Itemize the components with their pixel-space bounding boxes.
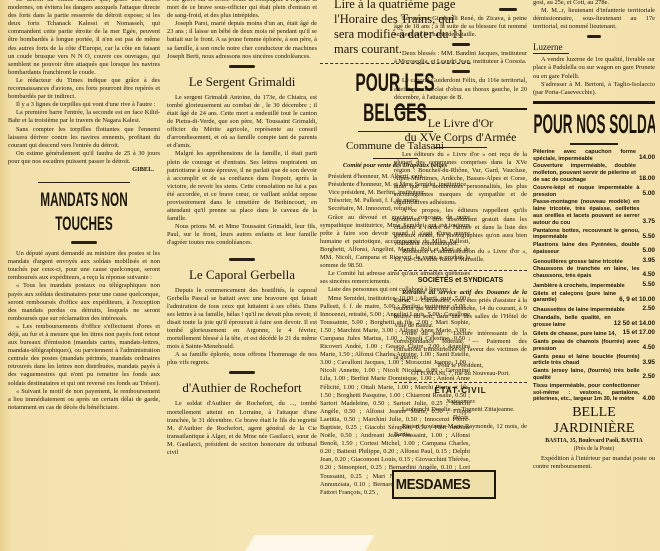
grimaldi-paragraph: Malgré les appréhensions de la famille, … — [167, 150, 317, 223]
product-item: Chaussons de tranchée en laine, les chau… — [533, 266, 655, 280]
product-item: Tissu imperméable, pour confectionner so… — [533, 383, 655, 403]
product-price: 12 50 et 14.00 — [611, 320, 655, 329]
deces-label: Décès — [394, 414, 527, 422]
product-name: Gants peau de chamois (fourrés) avec pre… — [533, 339, 640, 353]
column-5: gosi, au 25e, et Coti, au 278e. M. M...r… — [533, 0, 655, 472]
torpedo-lines-paragraph: Il y a 3 lignes de torpilles qui vont d'… — [8, 101, 160, 109]
livre-paragraph: A ce propos, les éditeurs rappellent qu'… — [394, 207, 527, 247]
product-price: 5.00 — [640, 190, 655, 199]
product-item: Jambière à crochets, imperméable5.50 — [533, 281, 655, 290]
deces-text: Rinieri Louisette-Marie Raymonde, 12 moi… — [394, 423, 527, 439]
mesdames-text: MESDAMES — [394, 476, 470, 493]
estimate-paragraph: On estime généralement qu'il faudra de 2… — [8, 150, 160, 166]
luzerne-contact: S'adresser à M. Bertoni, à Taglio-Isolac… — [533, 81, 655, 97]
product-price: 5.00 — [640, 247, 655, 256]
product-price: 3.95 — [640, 257, 655, 266]
section-rule — [570, 143, 619, 145]
gerbella-paragraph: A sa famille éplorée, nous offrons l'hom… — [167, 351, 317, 367]
mandats-paragraph: « Les remboursements d'office s'effectue… — [8, 323, 160, 388]
times-paragraph: Le rédacteur du Times indique que grâce … — [8, 77, 160, 101]
gerbella-paragraph: Depuis le commencement des hostilités, l… — [167, 287, 317, 352]
ornament-divider — [229, 65, 255, 68]
product-price: 2.50 — [640, 305, 655, 314]
societes-heading: SOCIÉTÉS et SYNDICATS — [394, 277, 527, 285]
grimaldi-paragraph: Nous prions M. et Mme Toussaint Grimaldi… — [167, 223, 317, 247]
naissances-label: Naissances — [394, 398, 527, 406]
promotion-text: M. M...r, lieutenant d'infanterie territ… — [533, 7, 655, 31]
product-item: Pantalons bottes, recouvrant le genou, i… — [533, 228, 655, 242]
store-address: BASTIA, 35, Boulevard Paoli, BASTIA — [533, 437, 655, 445]
authier-heading: d'Authier de Rochefort — [167, 380, 317, 396]
product-price: 3.95 — [640, 359, 655, 368]
product-name: Pantalons bottes, recouvrant le genou, i… — [533, 228, 640, 242]
product-item: Couvre-képi et nuque imperméable à press… — [533, 185, 655, 199]
authier-paragraph: Le soldat d'Authier de Rochefort, du ...… — [167, 400, 317, 457]
column-2: a été gravé sur la croix. Toute la compa… — [167, 0, 317, 457]
product-name: Genouillères grosse laine tricotée — [533, 259, 640, 266]
product-name: Tissu imperméable, pour confectionner so… — [533, 383, 640, 403]
product-price: 2.50 — [640, 373, 655, 382]
douanes-text: — Camarades, vous êtes priés d'assister … — [394, 297, 527, 328]
livre-heading-2: du XVe Corps d'Armée — [394, 130, 527, 144]
ornament-divider — [452, 70, 470, 73]
top-text: gosi, au 25e, et Coti, au 278e. — [533, 0, 655, 7]
product-name: Chaussons de tranchée en laine, les chau… — [533, 266, 640, 280]
gerbella-heading: Le Caporal Gerbella — [167, 267, 317, 283]
product-item: Chaussettes de laine imperméable2.50 — [533, 305, 655, 314]
ornament-divider — [71, 241, 97, 244]
ornament-divider — [229, 371, 255, 374]
product-price: 6, 9 et 10.00 — [616, 296, 655, 305]
mesdames-advertisement: MESDAMES — [392, 470, 496, 499]
store-shipping: Expédition à l'intérieur par mandat post… — [533, 455, 655, 471]
product-price: 4.00 — [640, 395, 655, 404]
product-price: 18.00 — [636, 175, 655, 184]
product-list: Pèlerine avec capuchon forme spéciale, i… — [533, 149, 655, 403]
product-name: Gilets de chasse, pure laine 14, — [533, 331, 620, 338]
mandats-heading: MANDATS NON TOUCHES — [37, 189, 131, 237]
product-item: Passe-montagne (nouveau modèle) en laine… — [533, 199, 655, 226]
livre-paragraph: Les éditeurs du « Livre d'or » ont reçu … — [394, 151, 527, 208]
section-rule — [533, 101, 655, 104]
section-rule — [394, 270, 527, 271]
section-rule — [394, 382, 527, 383]
product-name: Passe-montagne (nouveau modèle) en laine… — [533, 199, 640, 226]
ordre-du-jour: Ordre du jour : Lecture intéressante de … — [394, 330, 527, 362]
column-1: Le détroit du Mame montre que, grâce aux… — [8, 0, 160, 412]
livre-heading-1: Le Livre d'Or — [394, 116, 527, 130]
etat-civil-heading: ETAT-CIVIL — [394, 387, 527, 395]
product-item: Gants peau et laine bouclée (fourrés) ar… — [533, 354, 655, 368]
product-price: 3.75 — [640, 218, 655, 227]
product-price: 4.50 — [640, 271, 655, 280]
product-item: Gants jersey laine, (fourrés) très belle… — [533, 368, 655, 382]
ornament-divider — [587, 35, 601, 38]
product-item: Plastrons laine des Pyrénées, double épa… — [533, 242, 655, 256]
wounded-item: Le sergent Giudicelli René, de Zicava, à… — [394, 15, 527, 39]
product-name: Gants jersey laine, (fourrés) très belle… — [533, 368, 640, 382]
product-item: Gilets et caleçons (pure laine garantie)… — [533, 291, 655, 305]
product-item: Pèlerine avec capuchon forme spéciale, i… — [533, 149, 655, 163]
product-name: Jambière à crochets, imperméable — [533, 283, 640, 290]
product-price: 5.50 — [640, 281, 655, 290]
product-name: Chaussettes de laine imperméable — [533, 307, 640, 314]
product-name: Couverture imperméable, doublée molleton… — [533, 163, 636, 183]
livre-paragraph: Rédaction et administration du « Livre d… — [394, 248, 527, 264]
barriers-paragraph: La première barre l'entrée, la seconde e… — [8, 109, 160, 125]
ornament-divider — [229, 258, 255, 261]
store-name: BELLE JARDINIÈRE — [533, 405, 655, 437]
column-4: Le sergent Giudicelli René, de Zicava, à… — [394, 4, 527, 439]
newspaper-page: Le détroit du Mame montre que, grâce aux… — [0, 0, 660, 551]
section-rule — [38, 182, 129, 183]
store-note: (Près de la Poste) — [533, 445, 655, 453]
product-item: Chandails, belle qualité, en grosse lain… — [533, 315, 655, 329]
product-item: Gilets de chasse, pure laine 14,15 et 17… — [533, 329, 655, 338]
intro-paragraph: a été gravé sur la croix. Toute la compa… — [167, 0, 317, 20]
product-price: 4.50 — [640, 344, 655, 353]
product-price: 15 et 17.00 — [620, 329, 655, 338]
luzerne-heading: Luzerne — [533, 42, 569, 54]
product-name: Gilets et caleçons (pure laine garantie) — [533, 291, 616, 305]
product-item: Couverture imperméable, doublée molleton… — [533, 163, 655, 183]
product-price: 14.00 — [636, 154, 655, 163]
naissances-text: Lacfranchi Doralie. — Tognetti Zittajean… — [394, 406, 527, 414]
mandats-paragraph: Un député ayant demandé au ministre des … — [8, 250, 160, 282]
section-rule — [394, 108, 527, 110]
grimaldi-paragraph: Le sergent Grimaldi Antoine, du 173e, de… — [167, 94, 317, 151]
floating-torpedoes-paragraph: Sans compter les torpilles flottantes qu… — [8, 126, 160, 150]
mandats-paragraph: « Tous les mandats postaux ou télégraphi… — [8, 282, 160, 322]
section-rule — [434, 147, 487, 148]
grimaldi-heading: Le Sergent Grimaldi — [167, 74, 317, 90]
president-line: Pour le Président, — [394, 362, 527, 370]
product-name: Couvre-képi et nuque imperméable à press… — [533, 185, 640, 199]
product-name: Chandails, belle qualité, en grosse lain… — [533, 315, 611, 329]
president-name: OTTOMANI, 7, rue du Nouveau-Port. — [394, 370, 527, 378]
product-price: 5.50 — [640, 233, 655, 242]
product-name: Plastrons laine des Pyrénées, double épa… — [533, 242, 640, 256]
dardanelles-paragraph: Le détroit du Mame montre que, grâce aux… — [8, 0, 160, 77]
product-item: Genouillères grosse laine tricotée3.95 — [533, 257, 655, 266]
wounded-item: Le caporal Guiderdoni Félix, du 116e ter… — [394, 77, 527, 101]
intro-paragraph: Joseph Parsi, marié depuis moins d'un an… — [167, 20, 317, 60]
torn-edge — [245, 535, 374, 551]
product-name: Gants peau et laine bouclée (fourrés) ar… — [533, 354, 640, 368]
luzerne-text: A vendre luzerne de 1re qualité, livrabl… — [533, 56, 655, 80]
wounded-item: Deux blessés : MM. Bandini Jacques, inst… — [394, 50, 527, 66]
ornament-divider — [499, 8, 517, 11]
soldats-heading: POUR NOS SOLDATS — [534, 108, 655, 140]
signature: GIBEL. — [8, 166, 160, 174]
product-name: Pèlerine avec capuchon forme spéciale, i… — [533, 149, 636, 163]
product-item: Gants peau de chamois (fourrés) avec pre… — [533, 339, 655, 353]
mandats-paragraph: « Suivant le motif de non payement, le r… — [8, 388, 160, 412]
ornament-divider — [452, 43, 470, 46]
